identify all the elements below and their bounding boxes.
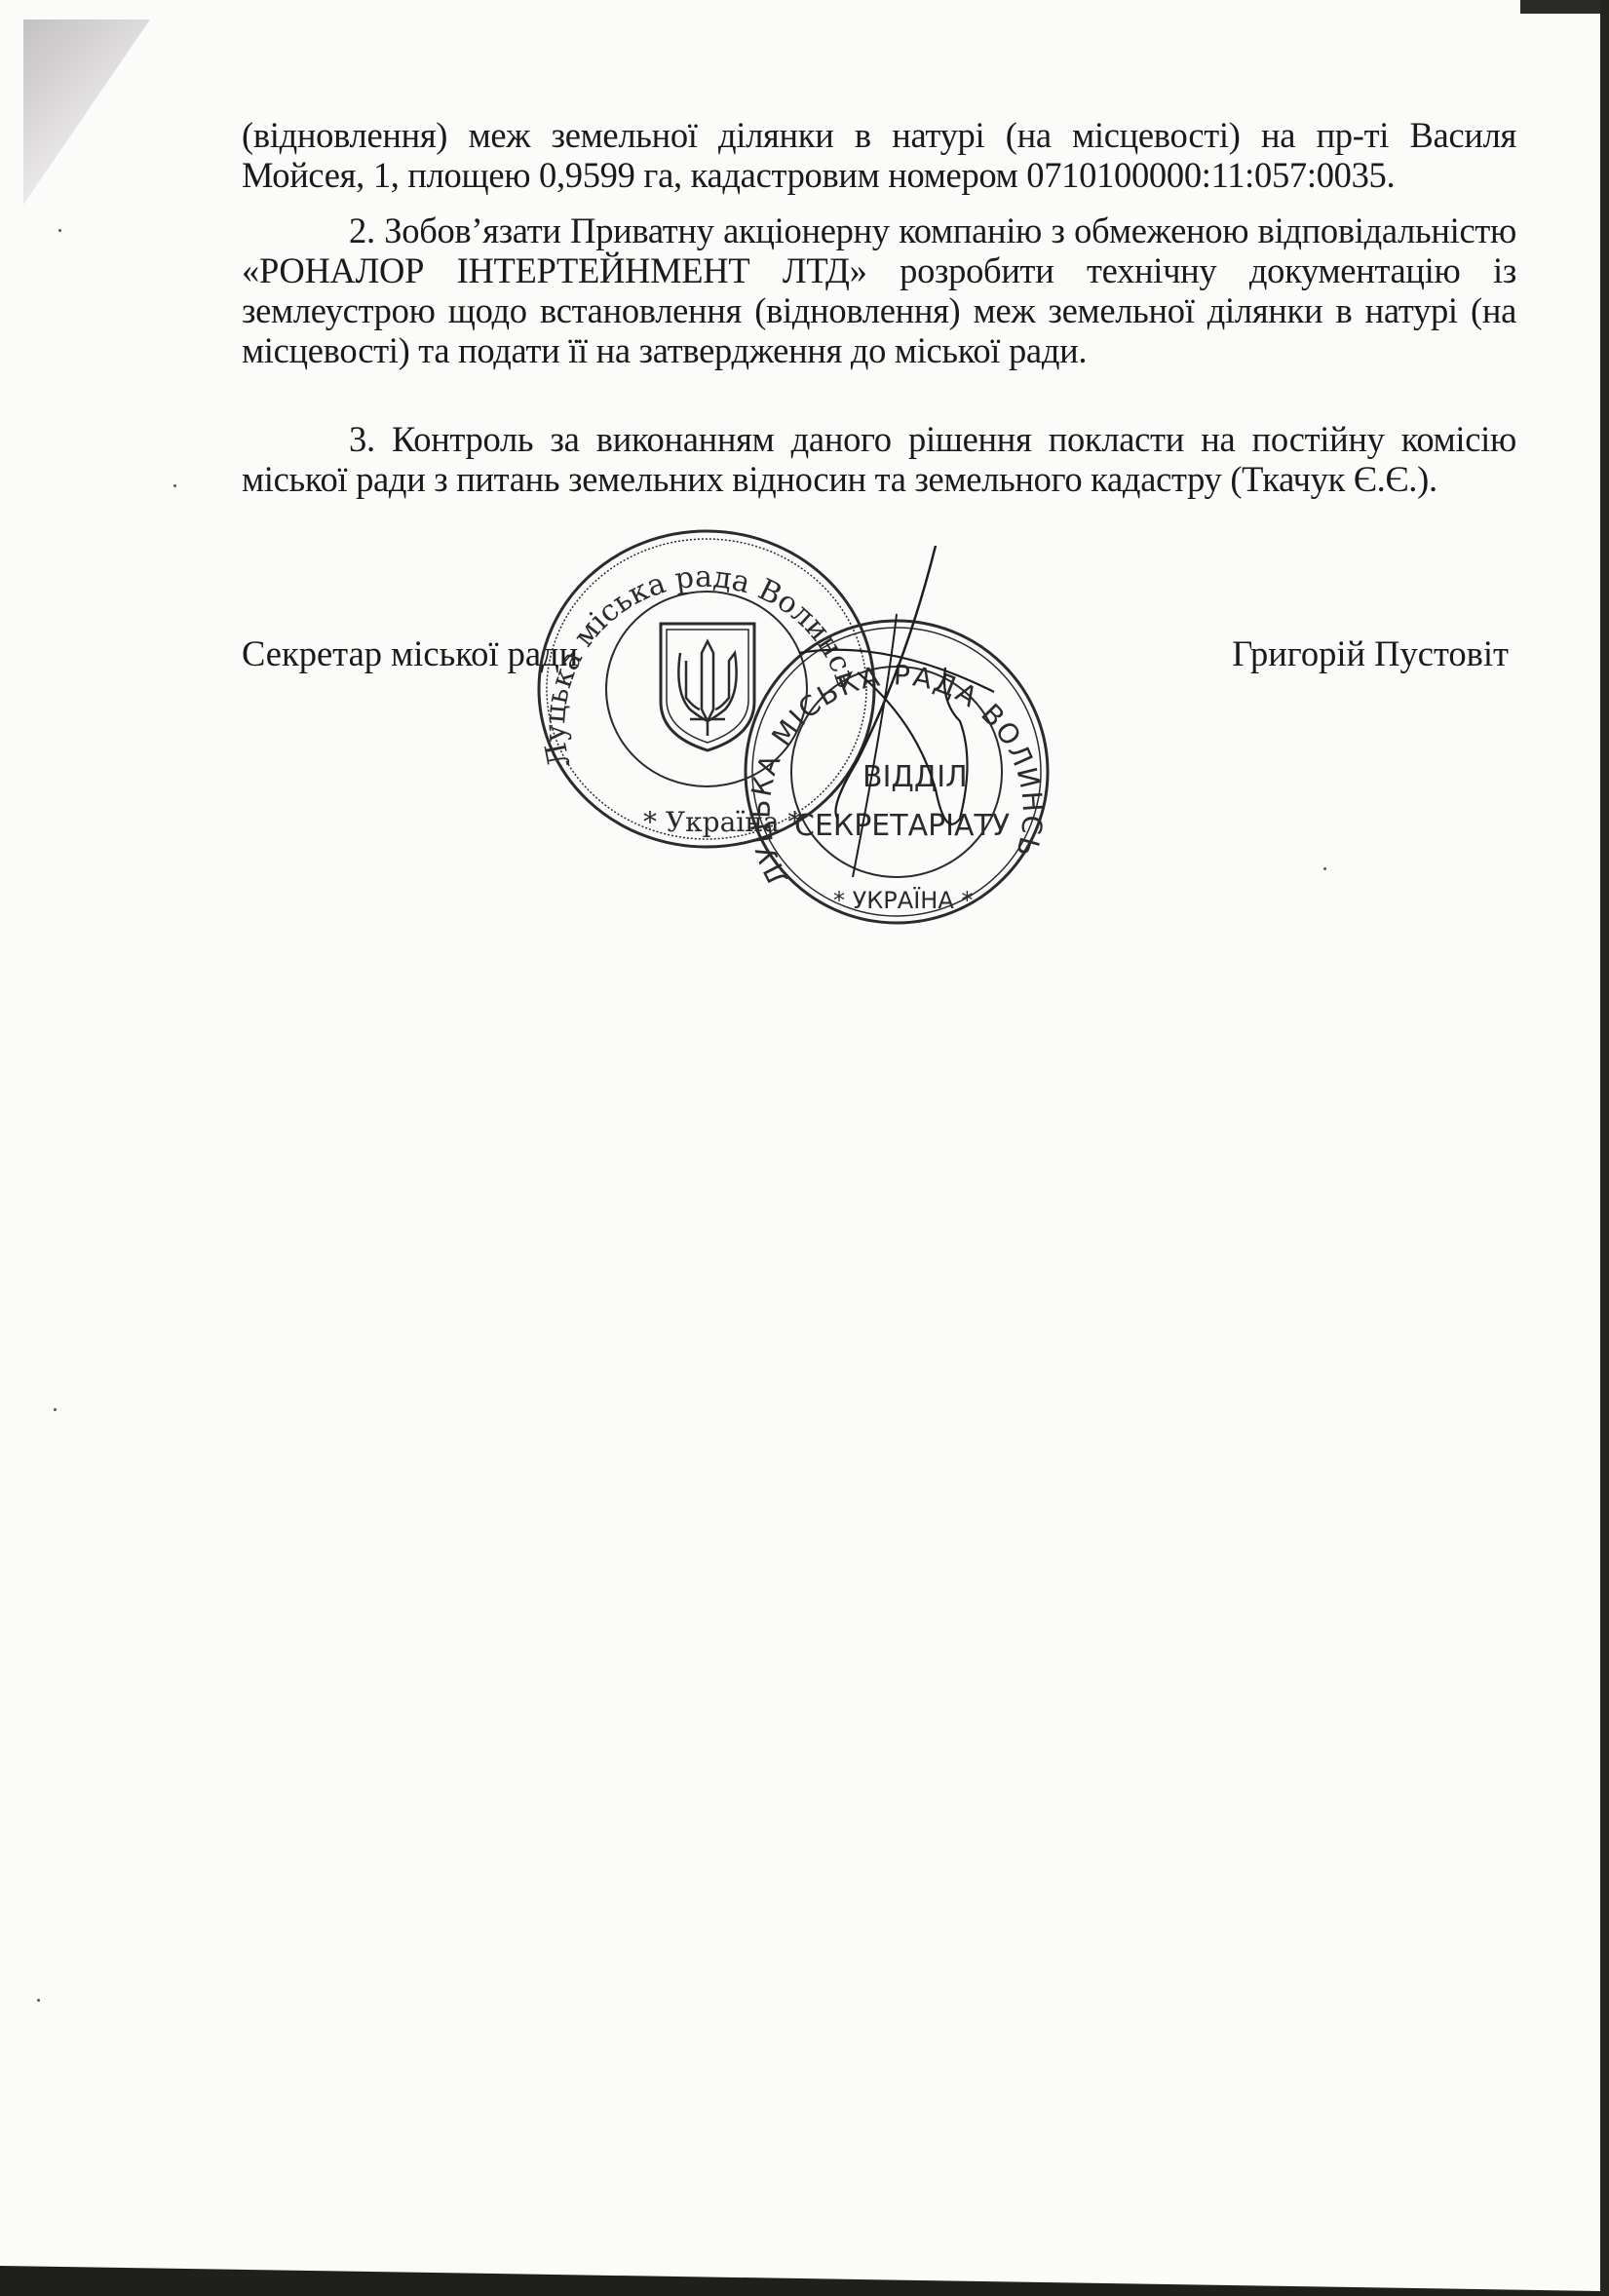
folded-corner-artifact — [23, 19, 150, 205]
scan-speck — [1323, 867, 1326, 870]
seal-bottom-text: * УКРАЇНА * — [833, 886, 973, 914]
scanned-page: (відновлення) меж земельної ділянки в на… — [0, 0, 1609, 2296]
paragraph-text: 3. Контроль за виконанням даного рішення… — [242, 419, 1516, 499]
paragraph-1-continuation: (відновлення) меж земельної ділянки в на… — [242, 115, 1516, 195]
scan-edge-right — [1600, 0, 1609, 2296]
scan-speck — [58, 229, 61, 232]
paragraph-text: 2. Зобов’язати Приватну акціонерну компа… — [242, 210, 1516, 370]
signatory-name: Григорій Пустовіт — [1232, 633, 1509, 673]
scan-speck — [173, 484, 176, 487]
paragraph-3: 3. Контроль за виконанням даного рішення… — [242, 419, 1516, 499]
scan-speck — [54, 1408, 57, 1411]
paragraph-2: 2. Зобов’язати Приватну акціонерну компа… — [242, 210, 1516, 370]
signatory-title: Секретар міської ради — [242, 633, 578, 673]
scan-speck — [37, 1999, 40, 2002]
seal-bottom-text: * Україна * — [643, 806, 801, 838]
trident-icon — [661, 624, 754, 750]
paragraph-text: (відновлення) меж земельної ділянки в на… — [242, 115, 1516, 195]
scan-edge-top — [1520, 0, 1609, 14]
handwritten-signature — [799, 546, 1014, 877]
